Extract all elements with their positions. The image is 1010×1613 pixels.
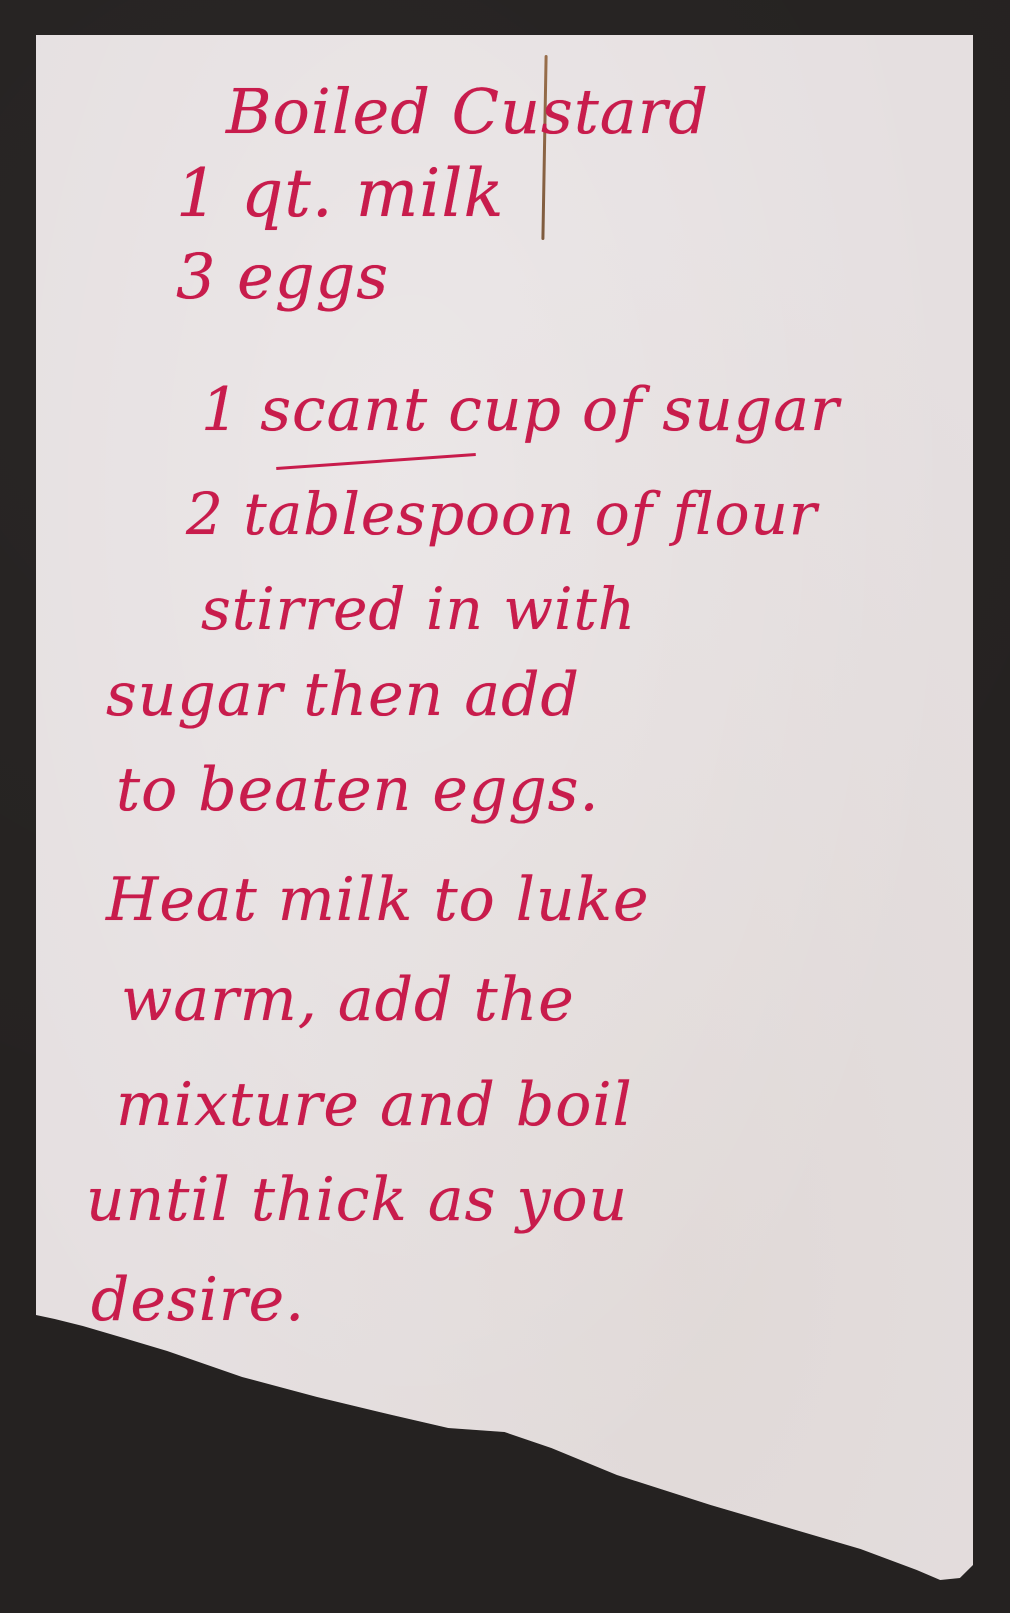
- ingredient-eggs: 3 eggs: [176, 240, 389, 313]
- ingredient-flour: 2 tablespoon of flour: [186, 480, 818, 548]
- instruction-line: warm, add the: [121, 965, 575, 1035]
- instruction-line: stirred in with: [201, 575, 636, 643]
- recipe-paper: Boiled Custard 1 qt. milk 3 eggs 1 scant…: [36, 35, 973, 1580]
- scant-underline: [276, 453, 476, 470]
- instruction-line: sugar then add: [106, 660, 580, 730]
- instruction-line: until thick as you: [86, 1165, 628, 1235]
- recipe-title: Boiled Custard: [226, 75, 709, 148]
- ingredient-milk: 1 qt. milk: [176, 155, 505, 232]
- instruction-line: Heat milk to luke: [106, 865, 650, 935]
- instruction-line: desire.: [91, 1265, 305, 1335]
- instruction-line: to beaten eggs.: [116, 755, 600, 825]
- instruction-line: mixture and boil: [116, 1070, 633, 1140]
- ingredient-sugar: 1 scant cup of sugar: [201, 375, 840, 445]
